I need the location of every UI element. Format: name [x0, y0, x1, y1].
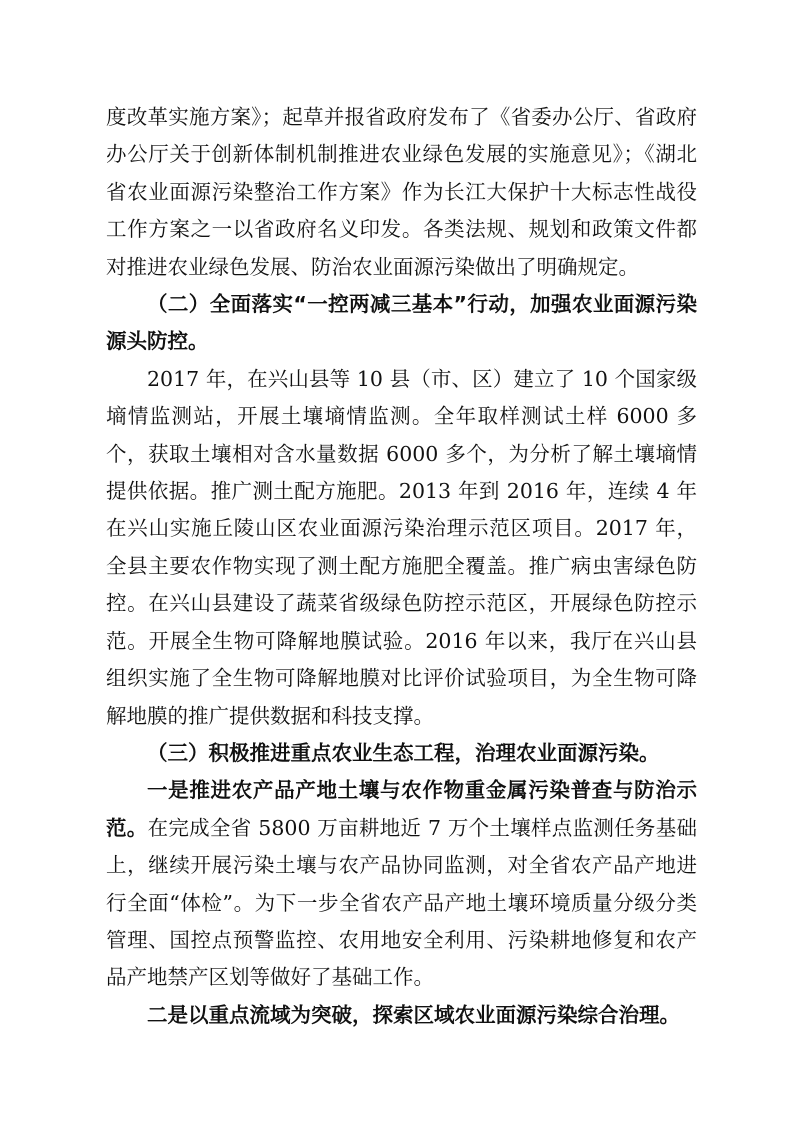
paragraph-soil-survey: 一是推进农产品产地土壤与农作物重金属污染普查与防治示范。在完成全省 5800 万… — [106, 772, 697, 996]
section-heading-3: （三）积极推进重点农业生态工程，治理农业面源污染。 — [106, 735, 697, 772]
section-heading-2: （二）全面落实“一控两减三基本”行动，加强农业面源污染源头防控。 — [106, 286, 697, 361]
document-page: 度改革实施方案》；起草并报省政府发布了《省委办公厅、省政府办公厅关于创新体制机制… — [106, 99, 697, 1034]
paragraph-monitoring: 2017 年，在兴山县等 10 县（市、区）建立了 10 个国家级墒情监测站，开… — [106, 361, 697, 735]
paragraph-continuation: 度改革实施方案》；起草并报省政府发布了《省委办公厅、省政府办公厅关于创新体制机制… — [106, 99, 697, 286]
paragraph-body: 在完成全省 5800 万亩耕地近 7 万个土壤样点监测任务基础上，继续开展污染土… — [106, 816, 697, 990]
subsection-heading-2: 二是以重点流域为突破，探索区域农业面源污染综合治理。 — [106, 997, 697, 1034]
